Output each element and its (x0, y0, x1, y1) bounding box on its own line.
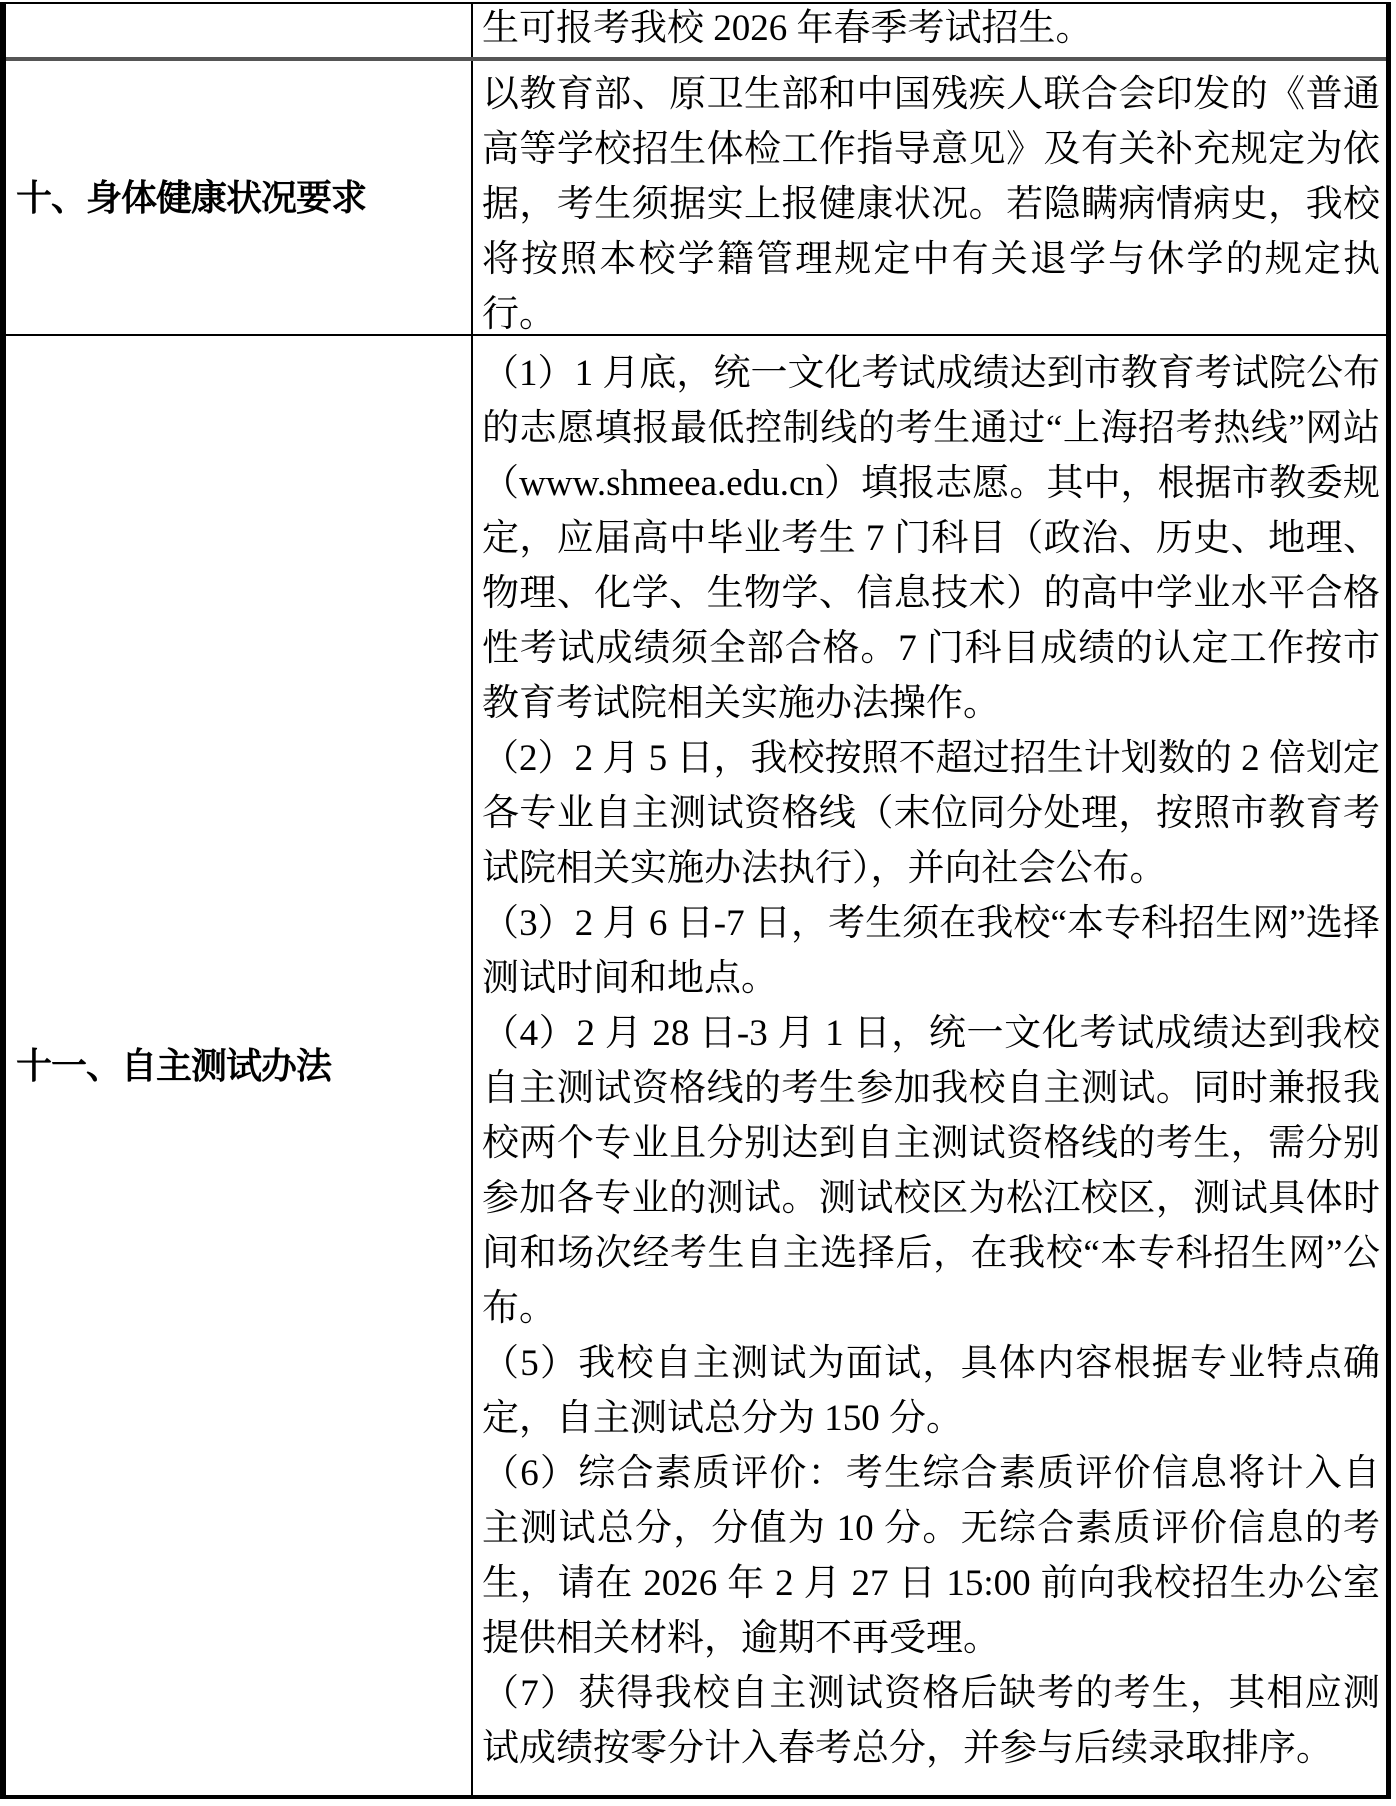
table-row-health-requirements: 十、身体健康状况要求 以教育部、原卫生部和中国残疾人联合会印发的《普通高等学校招… (6, 61, 1386, 336)
content-cell-continuation: 生可报考我校 2026 年春季考试招生。 (473, 4, 1386, 57)
paragraph-item-5: （5）我校自主测试为面试，具体内容根据专业特点确定，自主测试总分为 150 分。 (482, 1336, 1380, 1446)
paragraph-item-4: （4）2 月 28 日-3 月 1 日，统一文化考试成绩达到我校自主测试资格线的… (482, 1006, 1380, 1336)
paragraph-item-2: （2）2 月 5 日，我校按照不超过招生计划数的 2 倍划定各专业自主测试资格线… (482, 731, 1380, 896)
admissions-regulations-table: 生可报考我校 2026 年春季考试招生。 十、身体健康状况要求 以教育部、原卫生… (0, 2, 1391, 1799)
table-row-independent-test: 十一、自主测试办法 （1）1 月底，统一文化考试成绩达到市教育考试院公布的志愿填… (6, 336, 1386, 1795)
content-cell-health: 以教育部、原卫生部和中国残疾人联合会印发的《普通高等学校招生体检工作指导意见》及… (473, 61, 1386, 334)
paragraph: 生可报考我校 2026 年春季考试招生。 (482, 4, 1093, 56)
header-cell-empty (6, 4, 473, 57)
table-row-continuation: 生可报考我校 2026 年春季考试招生。 (6, 4, 1386, 61)
paragraph-item-3: （3）2 月 6 日-7 日，考生须在我校“本专科招生网”选择测试时间和地点。 (482, 896, 1380, 1006)
section-title-test: 十一、自主测试办法 (16, 1042, 331, 1090)
header-cell-health: 十、身体健康状况要求 (6, 61, 473, 334)
header-cell-test: 十一、自主测试办法 (6, 336, 473, 1795)
content-cell-test: （1）1 月底，统一文化考试成绩达到市教育考试院公布的志愿填报最低控制线的考生通… (473, 336, 1386, 1795)
paragraph: 以教育部、原卫生部和中国残疾人联合会印发的《普通高等学校招生体检工作指导意见》及… (482, 67, 1380, 334)
paragraph-item-6: （6）综合素质评价：考生综合素质评价信息将计入自主测试总分，分值为 10 分。无… (482, 1446, 1380, 1666)
section-title-health: 十、身体健康状况要求 (16, 174, 366, 222)
paragraph-item-1: （1）1 月底，统一文化考试成绩达到市教育考试院公布的志愿填报最低控制线的考生通… (482, 346, 1380, 731)
paragraph-item-7: （7）获得我校自主测试资格后缺考的考生，其相应测试成绩按零分计入春考总分，并参与… (482, 1666, 1380, 1776)
